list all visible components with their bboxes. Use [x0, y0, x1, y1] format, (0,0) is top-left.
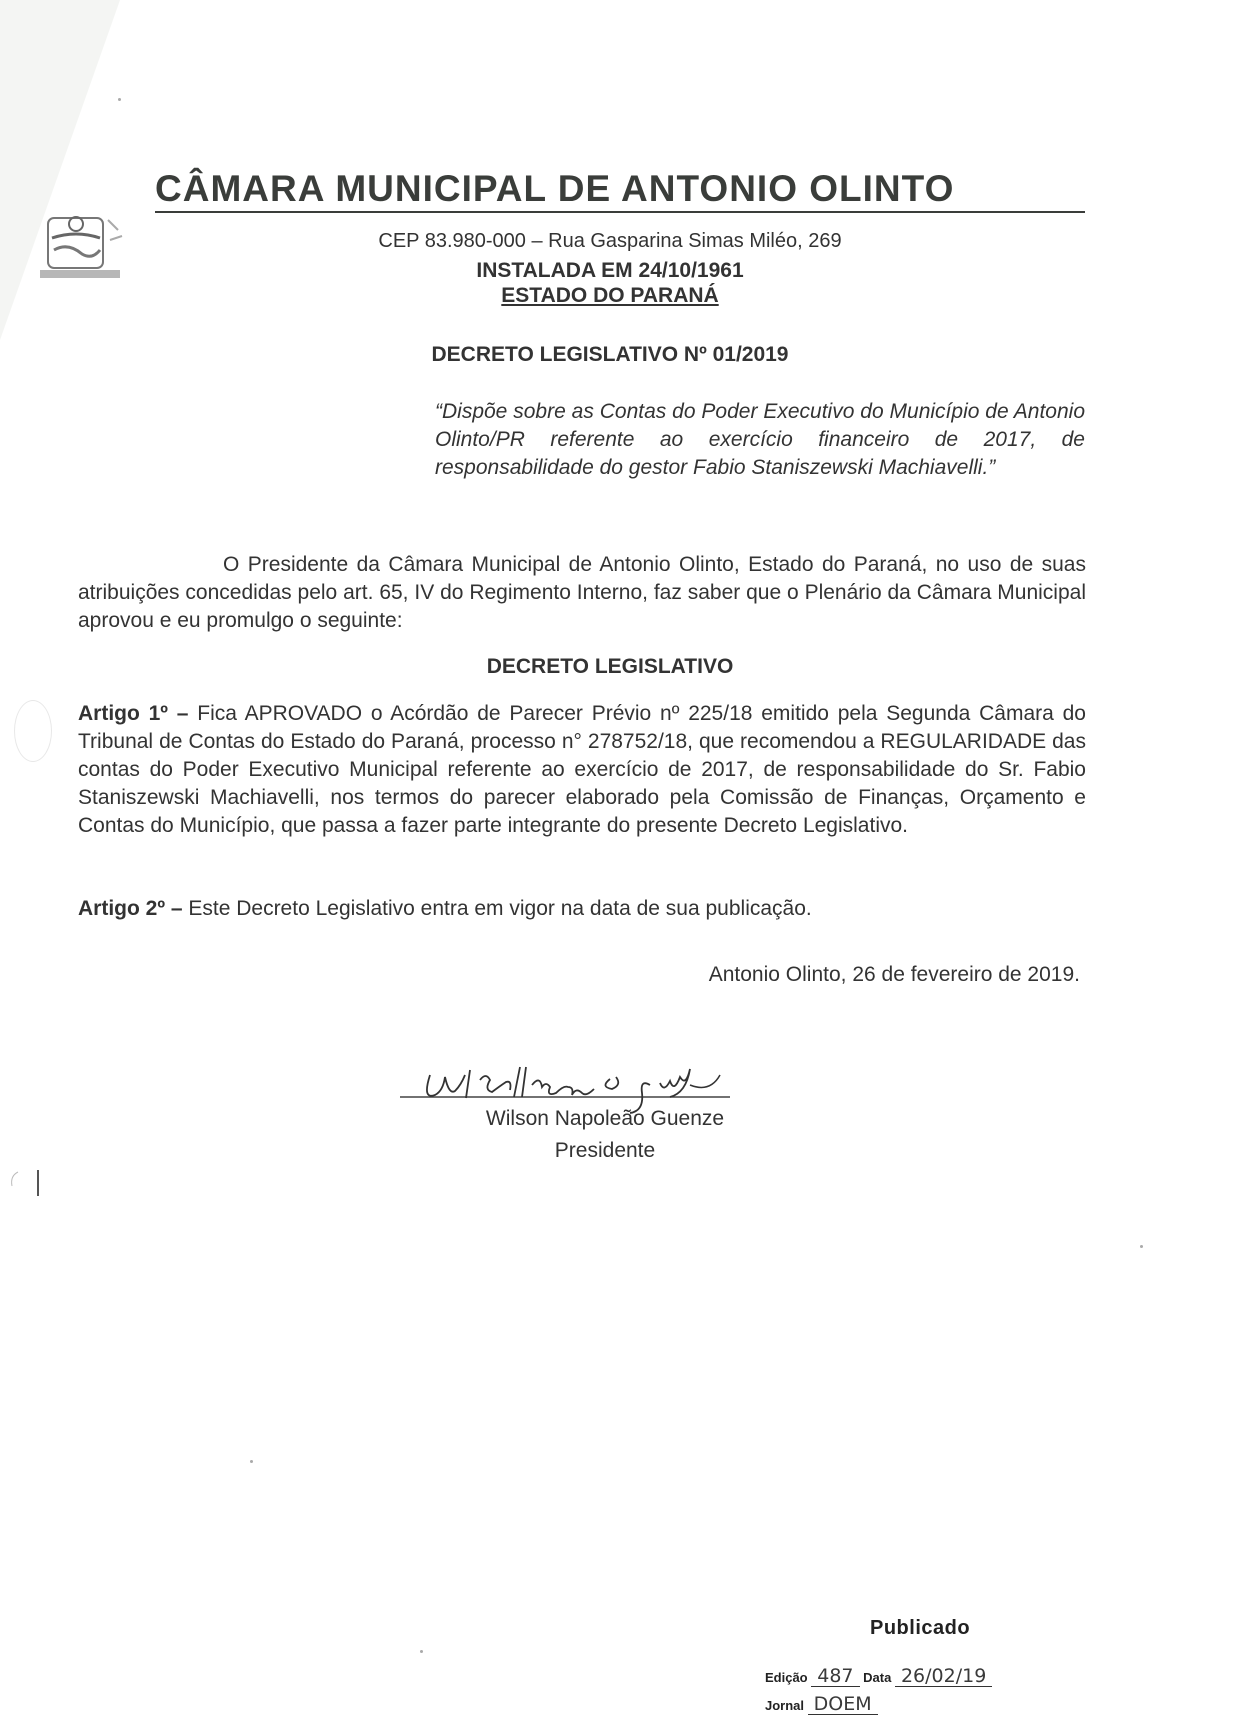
- article-1-label: Artigo 1º –: [78, 702, 188, 725]
- publication-journal-row: Jornal DOEM: [765, 1694, 878, 1715]
- article-2-label: Artigo 2º –: [78, 897, 183, 920]
- margin-mark: [8, 1170, 48, 1200]
- handwritten-signature: [400, 1055, 800, 1115]
- scan-speck: [118, 98, 121, 101]
- place-date: Antonio Olinto, 26 de fevereiro de 2019.: [560, 963, 1080, 987]
- scan-speck: [1140, 1245, 1143, 1248]
- publication-stamp-title: Publicado: [870, 1617, 970, 1640]
- article-1-text: Fica APROVADO o Acórdão de Parecer Prévi…: [78, 702, 1086, 837]
- date-label: Data: [863, 1670, 891, 1685]
- publication-edition-row: Edição 487 Data 26/02/19: [765, 1666, 992, 1687]
- decree-number-title: DECRETO LEGISLATIVO Nº 01/2019: [270, 343, 950, 367]
- state-line: ESTADO DO PARANÁ: [300, 284, 920, 308]
- state-name: ESTADO DO PARANÁ: [501, 284, 718, 307]
- edition-label: Edição: [765, 1670, 808, 1685]
- decree-preamble: O Presidente da Câmara Municipal de Anto…: [78, 551, 1086, 635]
- decree-ementa: “Dispõe sobre as Contas do Poder Executi…: [435, 398, 1085, 482]
- installation-date: INSTALADA EM 24/10/1961: [300, 259, 920, 283]
- signer-role: Presidente: [380, 1139, 830, 1163]
- address-line: CEP 83.980-000 – Rua Gasparina Simas Mil…: [300, 230, 920, 253]
- article-2: Artigo 2º – Este Decreto Legislativo ent…: [78, 895, 1086, 923]
- institution-title: CÂMARA MUNICIPAL DE ANTONIO OLINTO: [155, 168, 1085, 213]
- article-1: Artigo 1º – Fica APROVADO o Acórdão de P…: [78, 700, 1086, 840]
- punch-hole-mark: [14, 700, 52, 762]
- date-value: 26/02/19: [895, 1666, 992, 1687]
- article-2-text: Este Decreto Legislativo entra em vigor …: [183, 897, 812, 920]
- decree-page: CÂMARA MUNICIPAL DE ANTONIO OLINTO CEP 8…: [0, 0, 1239, 1718]
- scan-speck: [250, 1460, 253, 1463]
- journal-label: Jornal: [765, 1698, 804, 1713]
- signer-name: Wilson Napoleão Guenze: [380, 1107, 830, 1131]
- journal-value: DOEM: [808, 1694, 878, 1715]
- section-heading: DECRETO LEGISLATIVO: [270, 655, 950, 679]
- edition-value: 487: [811, 1666, 859, 1687]
- scan-speck: [420, 1650, 423, 1653]
- municipal-crest-icon: [38, 210, 128, 290]
